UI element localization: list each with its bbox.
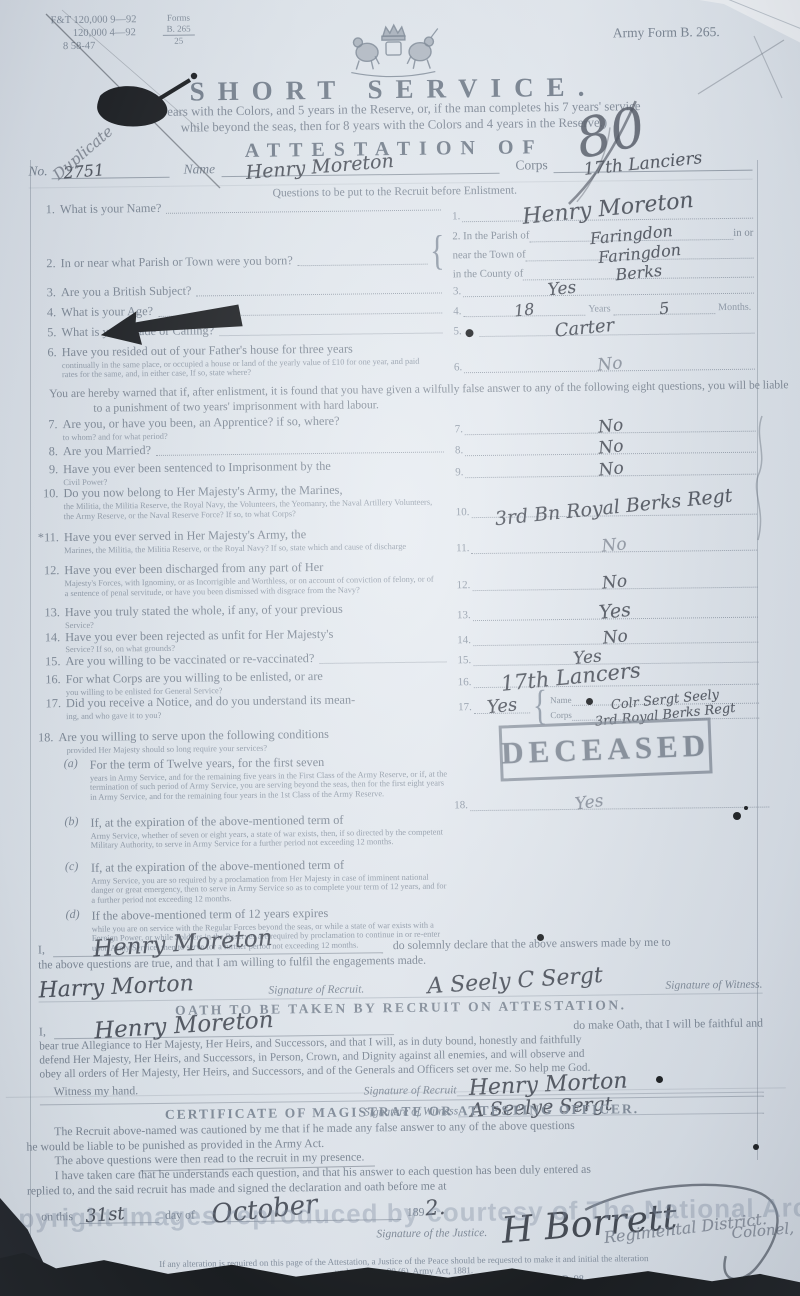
condition-c-body: Army Service, you are so required by a p… [91, 872, 451, 905]
q2-parish-label: 2. In the Parish of [452, 229, 529, 242]
q14-answer: No [602, 626, 629, 648]
q7-answer-number: 7. [455, 423, 463, 435]
q12-answer: No [601, 572, 628, 594]
q12-small-text: Majesty's Forces, with Ignominy, or as I… [64, 575, 436, 599]
q11-answer: No [601, 535, 628, 557]
q4-years-label: Years [588, 303, 610, 314]
q17-name-label: Name [550, 695, 572, 705]
q11-number: *11. [29, 532, 59, 546]
q17-brace: { [533, 686, 548, 728]
condition-b-lead: If, at the expiration of the above-menti… [90, 812, 343, 829]
q4-months-label: Months. [718, 302, 751, 313]
name-field: Henry Moreton [221, 157, 499, 177]
ink-dot [753, 1144, 759, 1150]
q18-answer-number: 18. [454, 799, 468, 811]
q9-answer: No [597, 458, 624, 480]
oath-line1: do make Oath, that I will be faithful an… [573, 1016, 763, 1033]
declaration-i-label: I, [38, 942, 45, 957]
declaration-recruit-signature: Harry Morton [38, 967, 269, 1003]
ink-dot [537, 934, 544, 941]
oath-i-label: I, [39, 1024, 46, 1039]
q4-months-value: 5 [658, 298, 670, 318]
q15-number: 15. [34, 655, 60, 669]
condition-b-body: Army Service, whether of seven or eight … [91, 827, 451, 851]
q4-answer-number: 4. [453, 305, 461, 317]
q6-answer: No [596, 353, 623, 375]
royal-crest-icon [323, 19, 464, 79]
deceased-stamp: DECEASED [499, 717, 713, 781]
q17-answer: Yes [486, 695, 518, 719]
q3-text: Are you a British Subject? [61, 285, 192, 300]
pencil-scratches [688, 28, 798, 108]
q3-number: 3. [30, 286, 56, 300]
ink-dot [466, 329, 474, 337]
q18-number: 18. [27, 732, 53, 746]
q8-answer: No [597, 436, 624, 458]
q11-answer-number: 11. [456, 542, 469, 554]
condition-b-letter: (b) [64, 814, 91, 859]
q2-number: 2. [30, 257, 56, 271]
q9-answer-number: 9. [455, 466, 463, 478]
q16-number: 16. [35, 673, 61, 687]
q5-number: 5. [30, 326, 56, 340]
ink-dot [744, 806, 748, 810]
condition-c-lead: If, at the expiration of the above-menti… [91, 857, 344, 874]
q6-answer-number: 6. [454, 361, 462, 373]
condition-c-letter: (c) [65, 859, 92, 907]
q9-number: 9. [32, 463, 58, 477]
q13-answer-number: 13. [457, 609, 471, 621]
q5-answer-number: 5. [453, 325, 461, 337]
q14-answer-number: 14. [457, 634, 471, 646]
condition-a-lead: For the term of Twelve years, for the fi… [90, 755, 325, 772]
q2-brace: { [430, 230, 445, 272]
ink-dot [586, 698, 593, 705]
condition-a-letter: (a) [64, 756, 91, 814]
q6-small-text: continually in the same place, or occupi… [62, 356, 432, 380]
condition-d-lead: If the above-mentioned term of 12 years … [92, 906, 329, 923]
q6-number: 6. [31, 346, 57, 360]
q4-years-value: 18 [513, 299, 535, 320]
q2-town-label: near the Town of [452, 248, 525, 261]
q2-text: In or near what Parish or Town were you … [61, 255, 293, 272]
q17-corps-label: Corps [550, 710, 572, 720]
corps-field: 17th Lanciers [554, 154, 753, 173]
q3-answer: Yes [547, 278, 577, 301]
q1-answer-number: 1. [452, 210, 460, 222]
declaration-section: I, Henry Moreton do solemnly declare tha… [38, 932, 763, 1003]
ink-dot [733, 812, 741, 820]
q5-answer: Carter [553, 315, 614, 342]
q2-county-label: in the County of [453, 267, 524, 280]
q8-text: Are you Married? [63, 444, 151, 459]
q8-answer-number: 8. [455, 444, 463, 456]
q4-number: 4. [30, 306, 56, 320]
q7-number: 7. [32, 418, 58, 432]
q17-number: 17. [35, 698, 61, 712]
q13-answer: Yes [598, 599, 632, 624]
q13-number: 13. [34, 606, 60, 620]
q15-text: Are you willing to be vaccinated or re-v… [65, 652, 314, 669]
q17-answer-number: 17. [458, 702, 472, 714]
q2-inor-label: in or [733, 227, 753, 239]
attestation-form-page: F&T 120,000 9—92 120,000 4—92 8 58-47 Fo… [0, 0, 800, 1296]
signature-of-recruit-label: Signature of Recruit. [268, 983, 364, 996]
margin-scribble [750, 412, 772, 544]
q16-answer-number: 16. [458, 676, 472, 688]
q12-answer-number: 12. [457, 579, 471, 591]
q12-number: 12. [33, 565, 59, 579]
condition-a-body: years in Army Service, and for the remai… [90, 769, 450, 802]
ink-arrow-mark [98, 304, 248, 348]
q15-answer-number: 15. [457, 654, 471, 666]
q7-answer: No [597, 415, 624, 437]
q10-small-text: the Militia, the Militia Reserve, the Ro… [64, 498, 436, 522]
q18-answer: Yes [574, 791, 605, 815]
signature-of-witness-label: Signature of Witness. [665, 978, 762, 991]
condition-c: (c) If, at the expiration of the above-m… [65, 850, 762, 906]
q10-number: 10. [32, 488, 58, 502]
ink-dot [656, 1076, 663, 1083]
ink-blot-and-scratches [38, 8, 258, 248]
q3-answer-number: 3. [453, 285, 461, 297]
q14-number: 14. [34, 631, 60, 645]
q10-answer-number: 10. [456, 506, 470, 518]
corps-label: Corps [515, 157, 547, 173]
q8-number: 8. [32, 445, 58, 459]
